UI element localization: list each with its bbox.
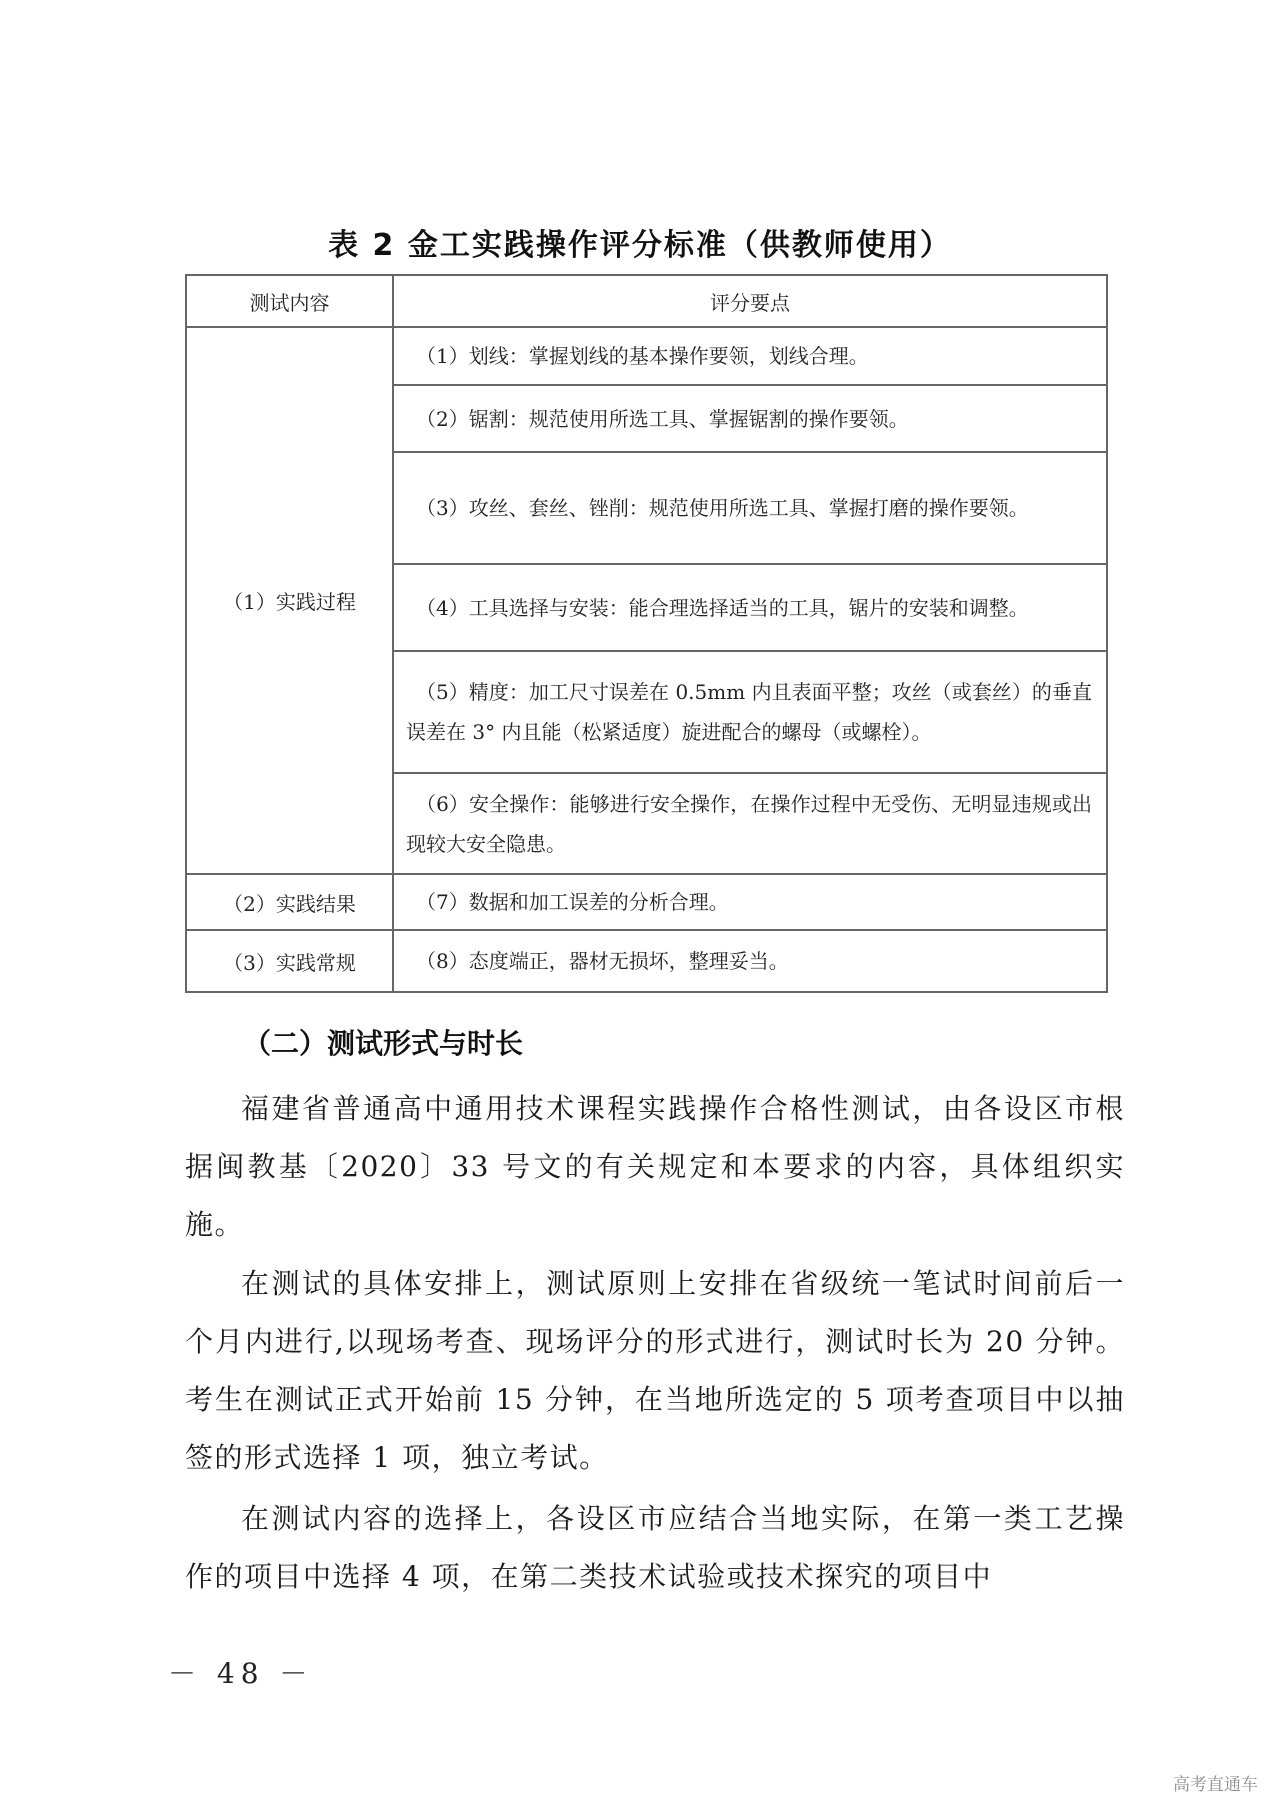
body-paragraph: 福建省普通高中通用技术课程实践操作合格性测试，由各设区市根据闽教基〔2020〕3… [185,1080,1125,1254]
category-cell: （1）实践过程 [186,327,393,874]
table-row: （1）实践过程 （1）划线：掌握划线的基本操作要领，划线合理。 [186,327,1107,385]
scoring-point: （5）精度：加工尺寸误差在 0.5mm 内且表面平整；攻丝（或套丝）的垂直误差在… [393,651,1107,773]
table-title: 表 2 金工实践操作评分标准（供教师使用） [0,220,1280,264]
scoring-point: （4）工具选择与安装：能合理选择适当的工具，锯片的安装和调整。 [393,564,1107,651]
table-header-row: 测试内容 评分要点 [186,275,1107,327]
scoring-point: （7）数据和加工误差的分析合理。 [393,874,1107,930]
category-cell: （3）实践常规 [186,930,393,992]
body-paragraph: 在测试内容的选择上，各设区市应结合当地实际，在第一类工艺操作的项目中选择 4 项… [185,1490,1125,1606]
scoring-point: （8）态度端正，器材无损坏，整理妥当。 [393,930,1107,992]
table-row: （2）实践结果 （7）数据和加工误差的分析合理。 [186,874,1107,930]
scoring-point: （1）划线：掌握划线的基本操作要领，划线合理。 [393,327,1107,385]
header-scoring-points: 评分要点 [393,275,1107,327]
page-number: － 48 － [168,1652,313,1692]
scoring-point: （3）攻丝、套丝、锉削：规范使用所选工具、掌握打磨的操作要领。 [393,452,1107,564]
category-cell: （2）实践结果 [186,874,393,930]
table-row: （3）实践常规 （8）态度端正，器材无损坏，整理妥当。 [186,930,1107,992]
body-paragraph: 在测试的具体安排上，测试原则上安排在省级统一笔试时间前后一个月内进行,以现场考查… [185,1255,1125,1487]
header-test-content: 测试内容 [186,275,393,327]
section-heading: （二）测试形式与时长 [243,1022,523,1062]
watermark: 高考直通车 [1173,1770,1258,1795]
scoring-point: （6）安全操作：能够进行安全操作，在操作过程中无受伤、无明显违规或出现较大安全隐… [393,773,1107,874]
scoring-criteria-table: 测试内容 评分要点 （1）实践过程 （1）划线：掌握划线的基本操作要领，划线合理… [185,274,1108,993]
scoring-point: （2）锯割：规范使用所选工具、掌握锯割的操作要领。 [393,385,1107,452]
